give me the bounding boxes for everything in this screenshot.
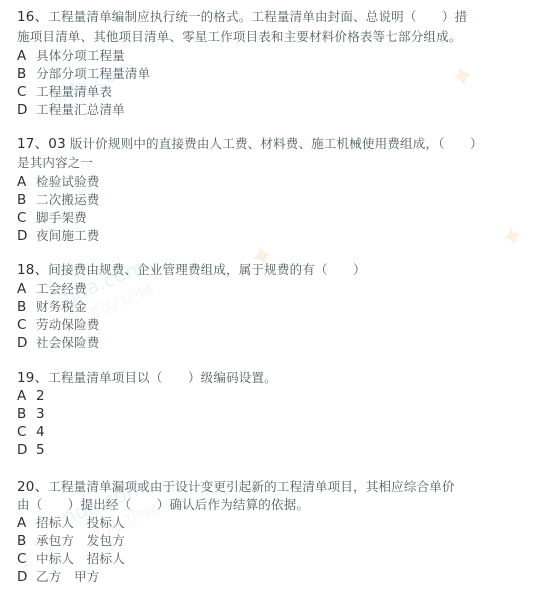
option-b: B3 — [17, 405, 45, 424]
option-d: D夜间施工费 — [17, 227, 100, 246]
option-a: A2 — [17, 387, 45, 406]
option-b: B分部分项工程量清单 — [17, 65, 150, 84]
option-d: D社会保险费 — [17, 334, 100, 353]
question-number: 16、 — [17, 9, 48, 25]
question-number: 18、 — [17, 262, 48, 278]
question-stem-line: 由（ ）提出经（ ）确认后作为结算的依据。 — [17, 496, 309, 515]
question-stem-line: 18、间接费由规费、企业管理费组成，属于规费的有（ ） — [17, 261, 366, 280]
question-number: 17、03 — [17, 136, 66, 152]
question-number: 20、 — [17, 479, 48, 495]
option-c: C工程量清单表 — [17, 83, 112, 102]
option-d: D工程量汇总清单 — [17, 101, 125, 120]
option-b: B二次搬运费 — [17, 191, 100, 210]
option-c: C中标人 招标人 — [17, 550, 125, 569]
option-a: A具体分项工程量 — [17, 47, 125, 66]
question-stem-line: 19、工程量清单项目以（ ）级编码设置。 — [17, 369, 277, 388]
exam-page: nda.com 考试门户网 nda.com 考试门户网 nda.com ✦ ✦ … — [0, 0, 548, 590]
option-a: A检验试验费 — [17, 173, 100, 192]
option-c: C劳动保险费 — [17, 316, 100, 335]
question-stem-line: 17、03版计价规则中的直接费由人工费、材料费、施工机械使用费组成，（ ） — [17, 135, 483, 154]
option-d: D乙方 甲方 — [17, 568, 100, 587]
watermark-star-icon: ✦ — [446, 57, 479, 97]
question-number: 19、 — [17, 370, 48, 386]
option-c: C脚手架费 — [17, 209, 87, 228]
question-stem-line: 16、工程量清单编制应执行统一的格式。工程量清单由封面、总说明（ ）措 — [17, 8, 467, 27]
question-stem-line: 是其内容之一 — [17, 154, 93, 173]
option-b: B财务税金 — [17, 298, 87, 317]
option-d: D5 — [17, 441, 45, 460]
watermark-star-icon: ✦ — [496, 217, 529, 257]
question-stem-line: 施项目清单、其他项目清单、零星工作项目表和主要材料价格表等七部分组成。 — [17, 28, 462, 47]
question-stem-line: 20、工程量清单漏项或由于设计变更引起新的工程清单项目，其相应综合单价 — [17, 478, 455, 497]
option-a: A工会经费 — [17, 280, 87, 299]
option-b: B承包方 发包方 — [17, 532, 125, 551]
option-c: C4 — [17, 423, 45, 442]
option-a: A招标人 投标人 — [17, 514, 125, 533]
